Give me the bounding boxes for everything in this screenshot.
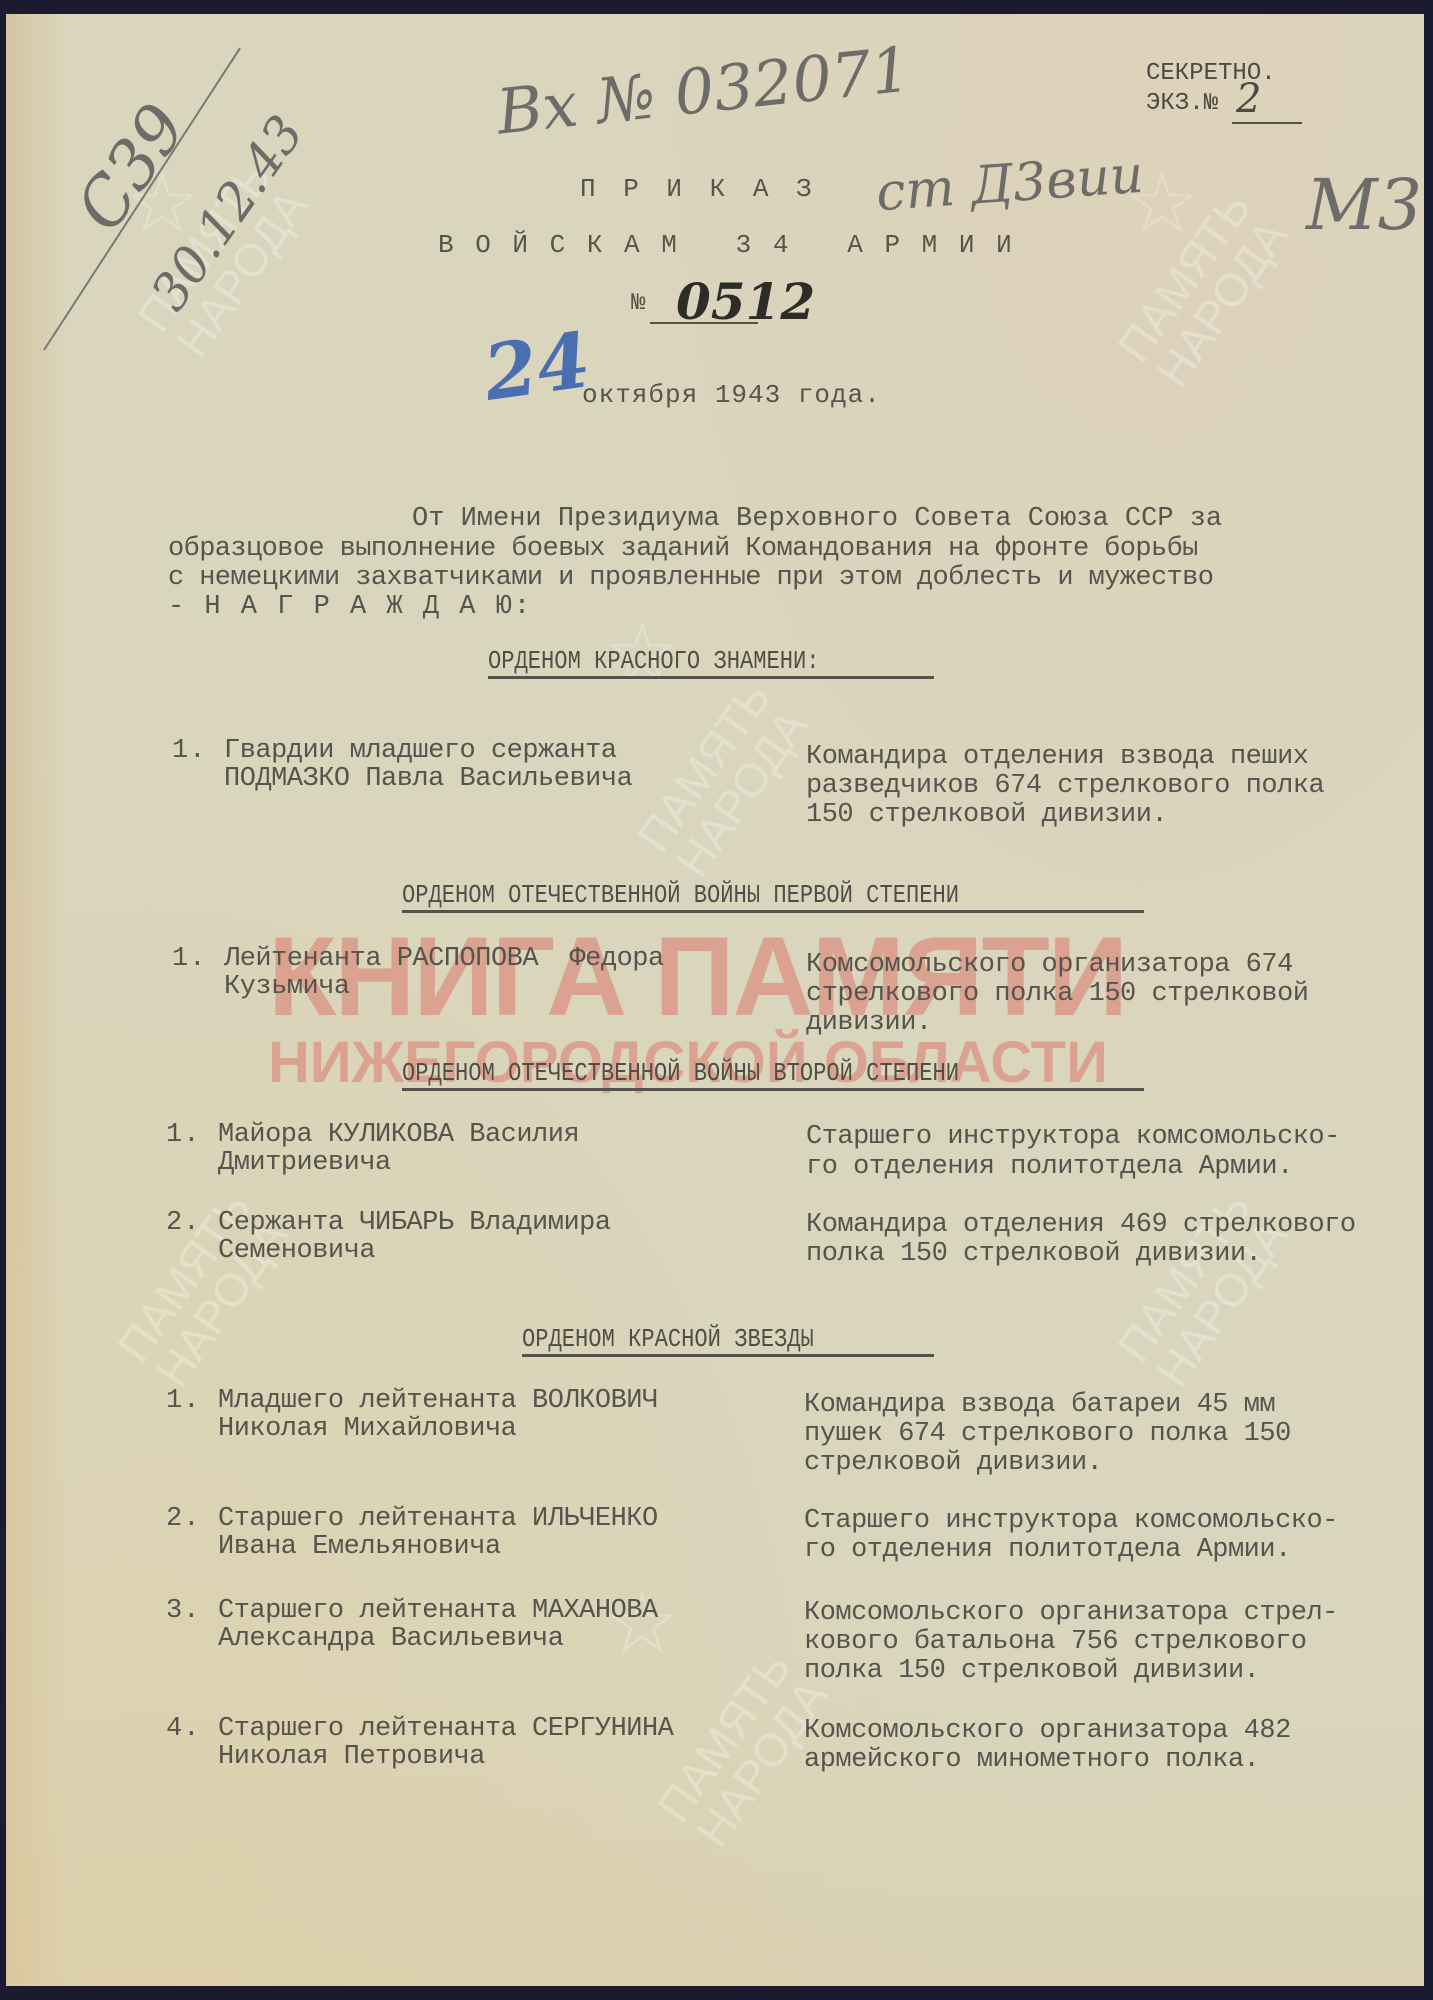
entry-position-line-1: Комсомольского организатора 482 — [804, 1716, 1291, 1746]
order-subtitle: В О Й С К А М 3 4 А Р М И И — [438, 230, 1015, 260]
entry-position-line-3: стрелковой дивизии. — [804, 1448, 1102, 1478]
order-date: октября 1943 года. — [582, 380, 881, 410]
entry-name-line-1: Младшего лейтенанта ВОЛКОВИЧ — [218, 1386, 658, 1416]
entry-number: 2. — [166, 1208, 200, 1238]
section-heading-red-star: ОРДЕНОМ КРАСНОЙ ЗВЕЗДЫ — [522, 1324, 814, 1354]
entry-number: 1. — [166, 1120, 200, 1150]
entry-position-line-1: Комсомольского организатора 674 — [806, 950, 1293, 980]
entry-position-line-2: полка 150 стрелковой дивизии. — [806, 1239, 1261, 1269]
order-title: П Р И К А З — [580, 174, 818, 204]
entry-name-line-1: Старшего лейтенанта МАХАНОВА — [218, 1596, 658, 1626]
entry-number: 1. — [172, 736, 206, 766]
copy-number: 2 — [1236, 76, 1261, 122]
entry-name-line-1: Старшего лейтенанта СЕРГУНИНА — [218, 1714, 673, 1744]
preamble-line-1: От Имени Президиума Верховного Совета Со… — [412, 504, 1222, 534]
entry-name-line-2: Ивана Емельяновича — [218, 1532, 501, 1562]
document-page: ☆ ПАМЯТЬ НАРОДА ☆ ПАМЯТЬ НАРОДА ☆ ПАМЯТЬ… — [6, 14, 1424, 1986]
number-prefix: № — [631, 290, 646, 317]
section-heading-patriotic-war-2: ОРДЕНОМ ОТЕЧЕСТВЕННОЙ ВОЙНЫ ВТОРОЙ СТЕПЕ… — [402, 1058, 959, 1088]
entry-position-line-2: пушек 674 стрелкового полка 150 — [804, 1419, 1291, 1449]
entry-position-line-3: 150 стрелковой дивизии. — [806, 800, 1167, 830]
section-heading-red-banner: ОРДЕНОМ КРАСНОГО ЗНАМЕНИ: — [488, 646, 820, 676]
entry-name-line-2: Дмитриевича — [218, 1148, 391, 1178]
entry-number: 3. — [166, 1596, 200, 1626]
entry-position-line-2: го отделения политотдела Армии. — [806, 1152, 1293, 1182]
entry-name-line-1: Гвардии младшего сержанта — [224, 736, 617, 766]
resolution-note: ст Д3вии — [874, 145, 1145, 224]
entry-name-line-1: Старшего лейтенанта ИЛЬЧЕНКО — [218, 1504, 658, 1534]
entry-position-line-2: кового батальона 756 стрелкового — [804, 1627, 1306, 1657]
section-heading-underline — [488, 676, 934, 679]
entry-position-line-3: полка 150 стрелковой дивизии. — [804, 1656, 1259, 1686]
section-heading-underline — [402, 910, 1144, 913]
incoming-number: Вх № 032071 — [493, 32, 914, 148]
order-day: 24 — [478, 315, 595, 418]
entry-name-line-2: Семеновича — [218, 1236, 375, 1266]
entry-name-line-2: Николая Петровича — [218, 1742, 485, 1772]
award-verb: - Н А Г Р А Ж Д А Ю: — [168, 592, 532, 622]
entry-position-line-2: го отделения политотдела Армии. — [804, 1535, 1291, 1565]
entry-name-line-1: Лейтенанта РАСПОПОВА Федора — [224, 944, 664, 974]
entry-position-line-2: разведчиков 674 стрелкового полка — [806, 771, 1324, 801]
entry-name-line-2: Кузьмича — [224, 972, 350, 1002]
entry-position-line-1: Старшего инструктора комсомольско- — [804, 1506, 1338, 1536]
copy-number-underline — [1232, 122, 1302, 124]
entry-name-line-1: Сержанта ЧИБАРЬ Владимира — [218, 1208, 611, 1238]
section-heading-underline — [402, 1088, 1144, 1091]
entry-position-line-2: армейского минометного полка. — [804, 1745, 1259, 1775]
entry-position-line-1: Командира отделения взвода пеших — [806, 742, 1308, 772]
entry-position-line-1: Командира отделения 469 стрелкового — [806, 1210, 1356, 1240]
entry-name-line-1: Майора КУЛИКОВА Василия — [218, 1120, 579, 1150]
preamble-line-3: с немецкими захватчиками и проявленные п… — [168, 563, 1213, 593]
order-number-underline — [650, 322, 758, 324]
entry-number: 2. — [166, 1504, 200, 1534]
entry-name-line-2: Александра Васильевича — [218, 1624, 563, 1654]
entry-position-line-3: дивизии. — [806, 1008, 932, 1038]
entry-position-line-2: стрелкового полка 150 стрелковой — [806, 979, 1308, 1009]
entry-number: 1. — [166, 1386, 200, 1416]
entry-number: 1. — [172, 944, 206, 974]
section-heading-underline — [522, 1354, 934, 1357]
preamble-line-2: образцовое выполнение боевых заданий Ком… — [168, 534, 1198, 564]
entry-position-line-1: Комсомольского организатора стрел- — [804, 1598, 1338, 1628]
copy-label: ЭКЗ.№ — [1146, 90, 1218, 117]
entry-position-line-1: Старшего инструктора комсомольско- — [806, 1122, 1340, 1152]
entry-name-line-2: Николая Михайловича — [218, 1414, 516, 1444]
initials: М3 — [1306, 164, 1422, 246]
section-heading-patriotic-war-1: ОРДЕНОМ ОТЕЧЕСТВЕННОЙ ВОЙНЫ ПЕРВОЙ СТЕПЕ… — [402, 880, 959, 910]
entry-position-line-1: Командира взвода батареи 45 мм — [804, 1390, 1275, 1420]
entry-name-line-2: ПОДМАЗКО Павла Васильевича — [224, 764, 632, 794]
entry-number: 4. — [166, 1714, 200, 1744]
